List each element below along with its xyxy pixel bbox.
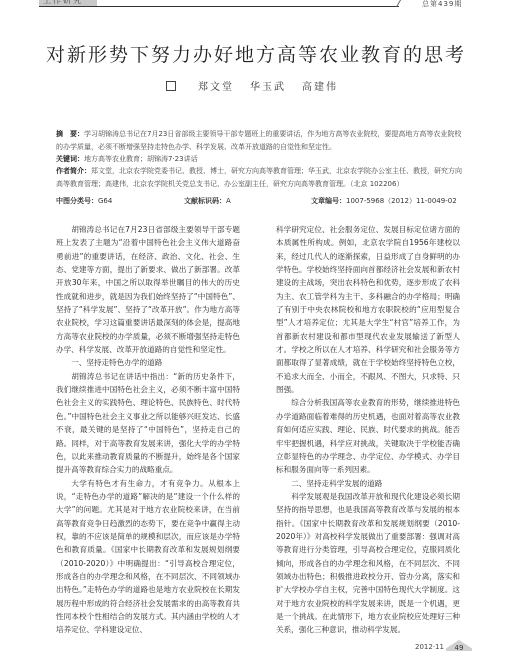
section-heading: 二、坚持走科学发展的道路 (276, 477, 460, 490)
keywords: 关键词：地方高等农业教育；胡锦涛7·23讲话 (56, 153, 468, 166)
header-rule (39, 6, 399, 7)
issue-number: 总第439期 (422, 0, 462, 9)
article-number: 文章编号：1007-5968（2012）11-0049-02 (311, 196, 457, 206)
bio-text: 郑文堂，北京农学院党委书记、教授、博士，研究方向高等教育管理；华玉武，北京农学院… (56, 167, 462, 188)
page-number: 49 (446, 640, 472, 651)
keywords-text: 地方高等农业教育；胡锦涛7·23讲话 (84, 155, 198, 163)
header-slash-decoration (396, 0, 407, 7)
abstract-label: 摘 要： (56, 130, 84, 138)
body-column-left: 胡锦涛总书记在7月23日省部级主要领导干部专题班上发表了主题为“沿着中国特色社会… (56, 223, 240, 637)
paragraph: 胡锦涛总书记在讲话中指出：“新的历史条件下，我们继续推进中国特色社会主义，必须不… (56, 370, 240, 477)
document-code: 文献标识码：A (184, 196, 231, 206)
author: 高建伟 (302, 82, 338, 93)
clc-code: 中图分类号：G64 (56, 196, 112, 206)
paragraph: 科学发展观是我国改革开放和现代化建设必须长期坚持的指导思想，也是我国高等教育改革… (276, 490, 460, 637)
abstract: 摘 要：学习胡锦涛总书记在7月23日省部级主要领导干部专题班上的重要讲话，作为地… (56, 128, 468, 153)
paragraph: 胡锦涛总书记在7月23日省部级主要领导干部专题班上发表了主题为“沿着中国特色社会… (56, 223, 240, 356)
keywords-label: 关键词： (56, 155, 84, 163)
paragraph: 综合分析我国高等农业教育的形势，继续推进特色办学道路面临着难得的历史机遇，也面对… (276, 396, 460, 476)
square-bullet-icon (166, 81, 176, 91)
paragraph: 大学有特色才有生命力，才有竞争力。从根本上说，“走特色办学的道路”解决的是“建设… (56, 477, 240, 637)
author-bio: 作者简介：郑文堂，北京农学院党委书记、教授、博士，研究方向高等教育管理；华玉武，… (56, 165, 468, 190)
abstract-text: 学习胡锦涛总书记在7月23日省部级主要领导干部专题班上的重要讲话，作为地方高等农… (56, 130, 461, 151)
author: 郑文堂 (198, 82, 234, 93)
author: 华玉武 (250, 82, 286, 93)
bio-label: 作者简介： (56, 167, 91, 175)
article-title: 对新形势下努力办好地方高等农业教育的思考 (0, 40, 512, 67)
author-line: 郑文堂华玉武高建伟 (0, 78, 512, 93)
paragraph: 科学研究定位、社会服务定位、发展目标定位诸方面的本质属性所构成。例如，北京农学院… (276, 223, 460, 396)
footer-date: 2012·11 (415, 643, 444, 651)
body-column-right: 科学研究定位、社会服务定位、发展目标定位诸方面的本质属性所构成。例如，北京农学院… (276, 223, 460, 637)
section-heading: 一、坚持走特色办学的道路 (56, 356, 240, 369)
